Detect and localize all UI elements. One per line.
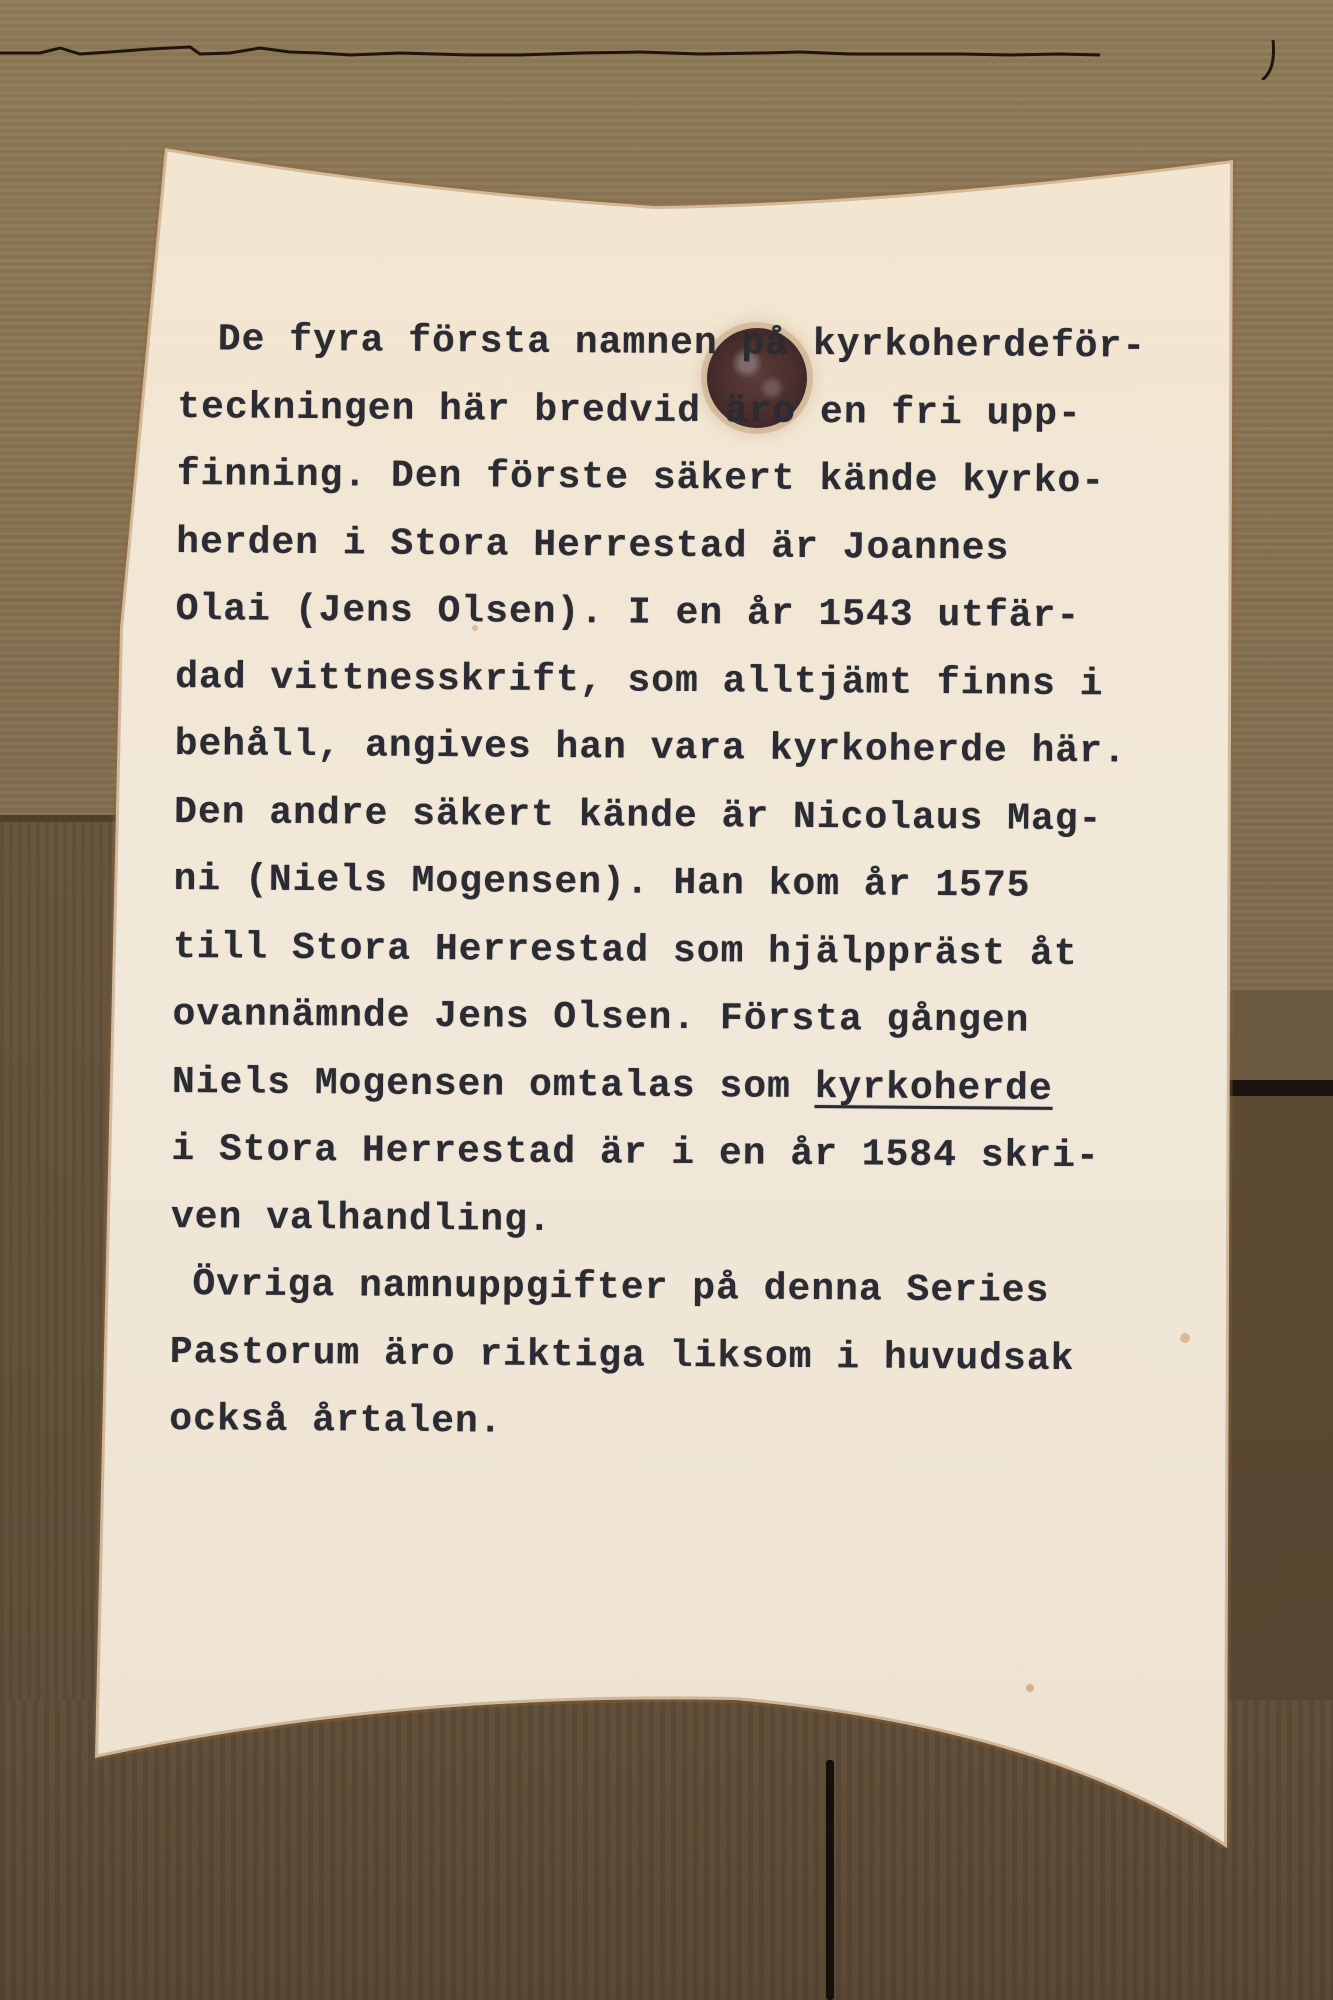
text-line-with-underline: Niels Mogensen omtalas som kyrkoherde xyxy=(172,1060,1232,1136)
text-line: De fyra första namnen på kyrkoherdeför- xyxy=(177,318,1237,394)
text-line: teckningen här bredvid äro en fri upp- xyxy=(177,385,1237,461)
underlined-word: kyrkoherde xyxy=(815,1066,1053,1111)
text-line: Övriga namnuppgifter på denna Series xyxy=(170,1263,1230,1339)
text-line: Den andre säkert kände är Nicolaus Mag- xyxy=(174,790,1234,866)
text-line: finning. Den förste säkert kände kyrko- xyxy=(176,453,1236,529)
text-segment: Niels Mogensen omtalas som xyxy=(172,1060,815,1108)
text-line: ni (Niels Mogensen). Han kom år 1575 xyxy=(173,858,1233,934)
text-line: till Stora Herrestad som hjälppräst åt xyxy=(173,925,1233,1001)
text-line: Olai (Jens Olsen). I en år 1543 utfär- xyxy=(175,588,1235,664)
text-line: behåll, angives han vara kyrkoherde här. xyxy=(174,723,1234,799)
board-gap-right xyxy=(1225,1080,1333,1096)
text-line: i Stora Herrestad är i en år 1584 skri- xyxy=(171,1128,1231,1204)
paragraph-1: De fyra första namnen på kyrkoherdeför- … xyxy=(171,318,1238,1271)
wood-crack-top xyxy=(0,40,1333,80)
text-line: också årtalen. xyxy=(169,1398,1229,1474)
text-line: dad vittnesskrift, som alltjämt finns i xyxy=(175,655,1235,731)
text-line: herden i Stora Herrestad är Joannes xyxy=(176,520,1236,596)
typewritten-text: De fyra första namnen på kyrkoherdeför- … xyxy=(169,318,1238,1474)
text-line: Pastorum äro riktiga liksom i huvudsak xyxy=(170,1330,1230,1406)
paragraph-2: Övriga namnuppgifter på denna Series Pas… xyxy=(169,1263,1231,1474)
text-line: ven valhandling. xyxy=(171,1195,1231,1271)
text-line: ovannämnde Jens Olsen. Första gången xyxy=(172,993,1232,1069)
